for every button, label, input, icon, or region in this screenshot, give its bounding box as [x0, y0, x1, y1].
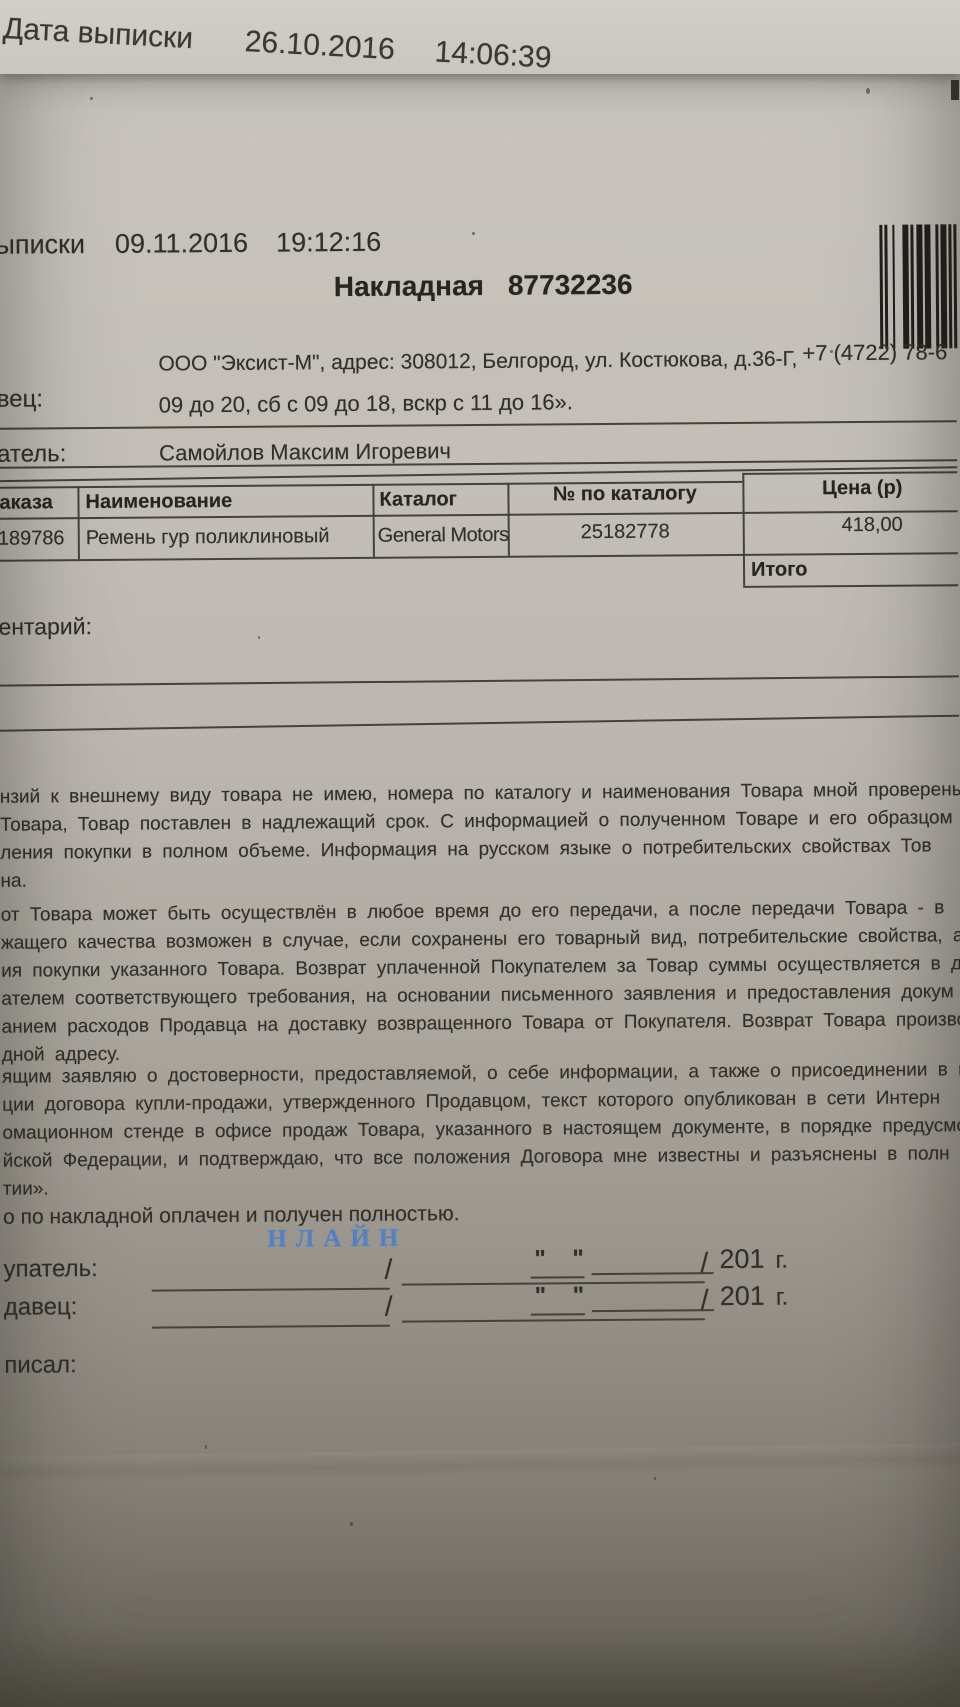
- date-month-line: [592, 1272, 714, 1275]
- quote-mark: ": [534, 1245, 546, 1273]
- invoice-sheet: ыписки09.11.201619:12:16 Накладная877322…: [0, 0, 960, 1707]
- seller-phone: +7 (4722) 78-6: [802, 339, 947, 366]
- paper-speck: [866, 88, 870, 94]
- paper-speck: [472, 232, 475, 235]
- quote-mark: ": [535, 1282, 547, 1310]
- terms-paragraph-2: от Товара может быть осуществлён в любое…: [1, 894, 960, 1070]
- paper-mark: [951, 80, 959, 100]
- paper-speck: [654, 1477, 656, 1480]
- seller-hours: 09 до 20, сб с 09 до 18, вскр с 11 до 16…: [159, 389, 573, 418]
- signature-line: [152, 1325, 390, 1329]
- terms-paragraph-1: нзий к внешнему виду товара не имею, ном…: [0, 776, 960, 896]
- col-header-catalog-no: № по каталогу: [507, 482, 742, 507]
- slash-separator: /: [385, 1291, 393, 1323]
- total-label: Итого: [751, 558, 808, 581]
- top-sheet-date-line: Дата выписки26.10.201614:06:39: [2, 12, 552, 76]
- issue-date-line: ыписки09.11.201619:12:16: [0, 227, 381, 261]
- top-sheet: Дата выписки26.10.201614:06:39: [0, 0, 960, 74]
- slash-separator: /: [700, 1247, 708, 1279]
- date-month-line: [592, 1309, 714, 1312]
- online-stamp: НЛАЙН: [267, 1225, 407, 1254]
- col-header-name: Наименование: [85, 490, 232, 514]
- issue-date: 09.11.2016: [115, 228, 248, 259]
- slash-separator: /: [701, 1284, 709, 1316]
- signature-line: [152, 1288, 390, 1292]
- paper-speck: [830, 350, 833, 353]
- paper-speck: [205, 1445, 207, 1449]
- invoice-photo: ыписки09.11.201619:12:16 Накладная877322…: [0, 0, 960, 1707]
- quote-mark: ": [573, 1282, 585, 1310]
- slash-separator: /: [384, 1254, 392, 1286]
- seller-label: вец:: [0, 385, 43, 413]
- col-header-catalog: Каталог: [379, 488, 457, 512]
- cell-price: 418,00: [743, 514, 903, 538]
- signature-buyer-label: упатель:: [3, 1255, 97, 1284]
- doc-number: 87732236: [508, 269, 633, 301]
- paper-speck: [90, 97, 93, 100]
- table-border: [742, 471, 957, 475]
- quote-mark: ": [572, 1245, 584, 1273]
- seller-info: ООО "Эксист-М", адрес: 308012, Белгород,…: [158, 347, 797, 376]
- year-suffix: г.: [775, 1247, 788, 1275]
- year-suffix: г.: [776, 1284, 789, 1312]
- divider: [0, 420, 957, 430]
- cell-order-no: 189786: [0, 527, 65, 551]
- issued-by-label: писал:: [4, 1351, 77, 1380]
- divider: [0, 675, 959, 686]
- year-prefix: 201: [720, 1281, 765, 1312]
- top-issue-time: 14:06:39: [434, 35, 552, 74]
- doc-type: Накладная: [334, 270, 484, 302]
- doc-title: Накладная87732236: [334, 269, 633, 303]
- year-prefix: 201: [719, 1244, 764, 1275]
- barcode: [879, 224, 957, 349]
- terms-paragraph-3: ящим заявляю о достоверности, предоставл…: [2, 1056, 960, 1204]
- signature-line: [402, 1318, 705, 1322]
- comment-label: ентарий:: [0, 613, 92, 641]
- cell-item-name: Ремень гур поликлиновый: [86, 525, 330, 550]
- col-header-price: Цена (р): [742, 477, 902, 501]
- paper-speck: [350, 1522, 353, 1526]
- table-border: [743, 584, 958, 588]
- cell-catalog: General Motors: [378, 524, 509, 548]
- issue-time: 19:12:16: [276, 227, 381, 258]
- top-issue-date-label: Дата выписки: [2, 12, 194, 55]
- date-day-line: [531, 1313, 585, 1315]
- col-header-order: аказа: [0, 491, 53, 514]
- table-border: [77, 486, 80, 559]
- signature-seller-label: давец:: [4, 1293, 78, 1322]
- table-border: [372, 484, 375, 557]
- issue-date-label: ыписки: [0, 229, 85, 260]
- paper-speck: [258, 636, 260, 639]
- date-day-line: [531, 1276, 585, 1278]
- buyer-label: атель:: [0, 440, 67, 469]
- cell-catalog-no: 25182778: [508, 520, 743, 545]
- buyer-name: Самойлов Максим Игоревич: [159, 438, 451, 466]
- signature-line: [402, 1281, 705, 1285]
- table-border: [0, 552, 958, 562]
- divider: [0, 715, 959, 732]
- top-issue-date: 26.10.2016: [244, 25, 396, 66]
